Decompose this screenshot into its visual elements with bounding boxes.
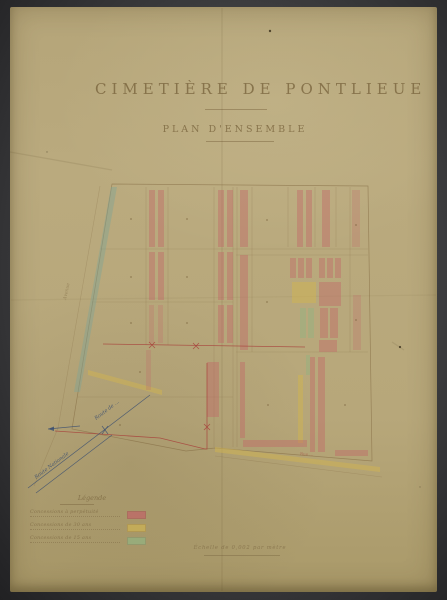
scanned-plan-photo: CIMETIÈRE DE PONTLIEUE PLAN D'ENSEMBLE	[0, 0, 447, 600]
legend: Légende	[24, 494, 154, 502]
legend-color-swatch	[127, 524, 146, 532]
left-edge-green-path	[74, 187, 117, 392]
legend-item-label: Concessions à perpétuité	[30, 510, 99, 515]
legend-item: Concessions de 30 ans	[24, 522, 154, 532]
legend-heading: Légende	[52, 494, 132, 502]
legend-color-swatch	[127, 511, 146, 519]
legend-leader-line	[30, 542, 120, 543]
legend-item: Concessions à perpétuité	[24, 509, 154, 519]
legend-underline	[60, 504, 94, 505]
legend-item: Concessions de 15 ans	[24, 535, 154, 545]
road-name-label: Route Nationale	[33, 451, 70, 481]
avenue-label: Avenue	[62, 282, 72, 301]
legend-item-label: Concessions de 30 ans	[30, 523, 91, 528]
legend-item-label: Concessions de 15 ans	[30, 536, 91, 541]
bottom-street-label: Rue …	[300, 451, 314, 457]
map-street-labels: Avenue Rue …	[62, 282, 314, 457]
concession-strips-pink	[146, 190, 368, 456]
legend-leader-line	[30, 516, 120, 517]
legend-rows: Concessions à perpétuité Concessions de …	[24, 506, 154, 545]
blue-pen-annotation: Route Nationale Route de …	[28, 395, 150, 493]
legend-color-swatch	[127, 537, 146, 545]
legend-leader-line	[30, 529, 120, 530]
scale-underline	[204, 555, 280, 556]
road-note-label: Route de …	[93, 399, 121, 422]
scale-note: Échelle de 0,002 par mètre	[180, 545, 300, 551]
